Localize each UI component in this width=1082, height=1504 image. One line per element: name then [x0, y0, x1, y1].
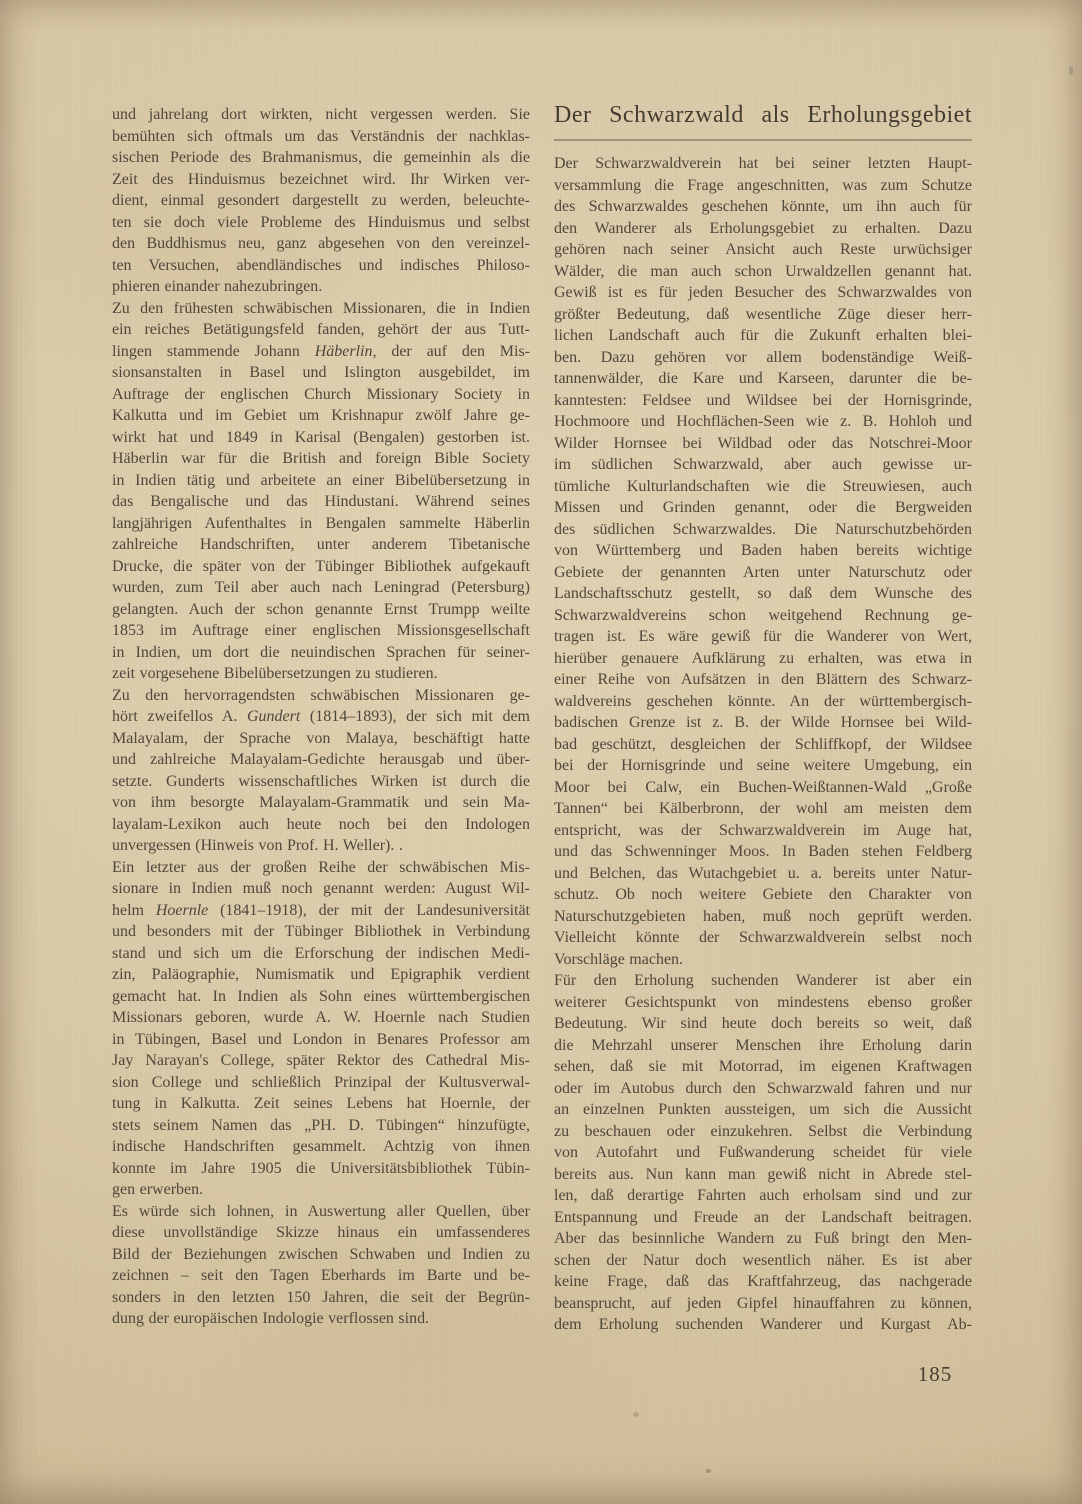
- text-line: den Buddhismus neu, ganz abgesehen von d…: [112, 233, 530, 255]
- text-line: lingen stammende Johann Häberlin, der au…: [112, 341, 530, 363]
- text-line: Gebiete der genannten Arten unter Naturs…: [554, 562, 972, 584]
- text-line: einer Reihe von Aufsätzen in den Blätter…: [554, 669, 972, 691]
- text-line: und zahlreiche Malayalam-Gedichte heraus…: [112, 749, 530, 771]
- text-line: layalam-Lexikon auch heute noch bei den …: [112, 814, 530, 836]
- text-line: kanntesten: Feldsee und Wildsee bei der …: [554, 390, 972, 412]
- text-line: den Wanderer als Erholungsgebiet zu erha…: [554, 218, 972, 240]
- text-line: ben. Dazu gehören vor allem bodenständig…: [554, 347, 972, 369]
- text-line: schutz. Ob noch weitere Gebiete den Char…: [554, 884, 972, 906]
- text-line: des Schwarzwaldes geschehen könnte, um i…: [554, 196, 972, 218]
- text-line: Missionars geboren, wurde A. W. Hoernle …: [112, 1007, 530, 1029]
- text-line: oder im Autobus durch den Schwarzwald fa…: [554, 1078, 972, 1100]
- text-line: bad geschützt, desgleichen der Schliffko…: [554, 734, 972, 756]
- text-line: bereits aus. Nun kann man gewiß nicht in…: [554, 1164, 972, 1186]
- text-line: badischen Grenze ist z. B. der Wilde Hor…: [554, 712, 972, 734]
- text-line: Zu den hervorragendsten schwäbischen Mis…: [112, 685, 530, 707]
- text-line: ten sie doch viele Probleme des Hinduism…: [112, 212, 530, 234]
- text-line: von Autofahrt und Fußwanderung scheidet …: [554, 1142, 972, 1164]
- text-line: Aber das besinnliche Wandern zu Fuß brin…: [554, 1228, 972, 1250]
- text-line: Zeit des Hinduismus bezeichnet wird. Ihr…: [112, 169, 530, 191]
- text-line: Auftrage der englischen Church Missionar…: [112, 384, 530, 406]
- text-line: Wälder, die man auch schon Urwaldzellen …: [554, 261, 972, 283]
- text-line: keine Frage, daß das Kraftfahrzeug, das …: [554, 1271, 972, 1293]
- text-line: Entspannung und Freude an der Landschaft…: [554, 1207, 972, 1229]
- text-line: Ein letzter aus der großen Reihe der sch…: [112, 857, 530, 879]
- text-line: 1853 im Auftrage einer englischen Missio…: [112, 620, 530, 642]
- right-column-body: Der Schwarzwaldverein hat bei seiner let…: [554, 153, 972, 1336]
- text-line: zeichnen – seit den Tagen Eberhards im B…: [112, 1265, 530, 1287]
- text-line: gemacht hat. In Indien als Sohn eines wü…: [112, 986, 530, 1008]
- text-line: dung der europäischen Indologie verfloss…: [112, 1308, 530, 1330]
- text-line: weiterer Gesichtspunkt von mindestens eb…: [554, 992, 972, 1014]
- text-line: konnte im Jahre 1905 die Universitätsbib…: [112, 1158, 530, 1180]
- text-line: Es würde sich lohnen, in Auswertung alle…: [112, 1201, 530, 1223]
- text-line: sischen Periode des Brahmanismus, die ge…: [112, 147, 530, 169]
- text-line: Missen und Grinden genannt, oder die Ber…: [554, 497, 972, 519]
- page-number: 185: [905, 1362, 965, 1387]
- left-text-column: und jahrelang dort wirkten, nicht verges…: [112, 104, 530, 1330]
- text-line: Schwarzwaldvereins schon weitgehend Rech…: [554, 605, 972, 627]
- text-line: stand und sich um die Erforschung der in…: [112, 943, 530, 965]
- right-text-column: Der Schwarzwald als Erholungsgebiet Der …: [554, 99, 972, 1336]
- text-line: Malayalam, der Sprache von Malaya, besch…: [112, 728, 530, 750]
- text-line: sionsanstalten in Basel und Islington au…: [112, 362, 530, 384]
- text-line: sehen, daß sie mit Motorrad, im eigenen …: [554, 1056, 972, 1078]
- text-line: beansprucht, auf jeden Gipfel hinauffahr…: [554, 1293, 972, 1315]
- text-line: Kalkutta und im Gebiet um Krishnapur zwö…: [112, 405, 530, 427]
- text-line: phieren einander nahezubringen.: [112, 276, 530, 298]
- text-line: in Tübingen, Basel und London in Benares…: [112, 1029, 530, 1051]
- text-line: und Belchen, das Wutachgebiet u. a. bere…: [554, 863, 972, 885]
- text-line: die Mehrzahl unserer Menschen ihre Erhol…: [554, 1035, 972, 1057]
- text-line: dem Erholung suchenden Wanderer und Kurg…: [554, 1314, 972, 1336]
- text-line: gen erwerben.: [112, 1179, 530, 1201]
- text-line: sonders in den letzten 150 Jahren, die s…: [112, 1287, 530, 1309]
- section-heading: Der Schwarzwald als Erholungsgebiet: [554, 99, 972, 141]
- text-line: ein reiches Betätigungsfeld fanden, gehö…: [112, 319, 530, 341]
- text-line: Landschaftsschutz gestellt, so daß dem W…: [554, 583, 972, 605]
- text-line: wirkt hat und 1849 in Karisal (Bengalen)…: [112, 427, 530, 449]
- text-line: bemühten sich oftmals um das Verständnis…: [112, 126, 530, 148]
- text-line: Zu den frühesten schwäbischen Missionare…: [112, 298, 530, 320]
- text-line: Bild der Beziehungen zwischen Schwaben u…: [112, 1244, 530, 1266]
- text-line: Jay Narayan's College, später Rektor des…: [112, 1050, 530, 1072]
- text-line: das Bengalische und das Hindustani. Währ…: [112, 491, 530, 513]
- paper-speck: [1069, 66, 1073, 75]
- text-line: Moor bei Calw, ein Buchen-Weißtannen-Wal…: [554, 777, 972, 799]
- text-line: bei der Hornisgrinde und seine weitere U…: [554, 755, 972, 777]
- text-line: und jahrelang dort wirkten, nicht verges…: [112, 104, 530, 126]
- text-line: gehören nach seiner Ansicht auch Reste u…: [554, 239, 972, 261]
- text-line: Für den Erholung suchenden Wanderer ist …: [554, 970, 972, 992]
- text-line: helm Hoernle (1841–1918), der mit der La…: [112, 900, 530, 922]
- text-line: Vielleicht könnte der Schwarzwaldverein …: [554, 927, 972, 949]
- text-line: zu beschauen oder einzukehren. Selbst di…: [554, 1121, 972, 1143]
- text-line: hört zweifellos A. Gundert (1814–1893), …: [112, 706, 530, 728]
- text-line: hierüber genauere Aufklärung zu erhalten…: [554, 648, 972, 670]
- text-line: des südlichen Schwarzwaldes. Die Natursc…: [554, 519, 972, 541]
- text-line: lichen Landschaft auch für die Zukunft e…: [554, 325, 972, 347]
- text-line: von Württemberg und Baden haben bereits …: [554, 540, 972, 562]
- paper-speck: [706, 1469, 711, 1473]
- book-page: und jahrelang dort wirkten, nicht verges…: [0, 0, 1082, 1504]
- text-line: ten Versuchen, abendländisches und indis…: [112, 255, 530, 277]
- text-line: gelangten. Auch der schon genannte Ernst…: [112, 599, 530, 621]
- text-line: von ihm besorgte Malayalam-Grammatik und…: [112, 792, 530, 814]
- text-line: Tannen“ bei Kälberbronn, der wohl am mei…: [554, 798, 972, 820]
- text-line: Vorschläge machen.: [554, 949, 972, 971]
- text-line: zeit vorgesehene Bibelübersetzungen zu s…: [112, 663, 530, 685]
- text-line: Häberlin war für die British and foreign…: [112, 448, 530, 470]
- text-line: im südlichen Schwarzwald, aber auch gewi…: [554, 454, 972, 476]
- text-line: len, daß derartige Fahrten auch erholsam…: [554, 1185, 972, 1207]
- text-line: Wilder Hornsee bei Wildbad oder das Nots…: [554, 433, 972, 455]
- text-line: Hochmoore und Hochflächen-Seen wie z. B.…: [554, 411, 972, 433]
- text-line: zahlreiche Handschriften, unter anderem …: [112, 534, 530, 556]
- text-line: entspricht, was der Schwarzwaldverein im…: [554, 820, 972, 842]
- text-line: wurden, zum Teil aber auch nach Leningra…: [112, 577, 530, 599]
- text-line: sion College und schließlich Prinzipal d…: [112, 1072, 530, 1094]
- text-line: diese unvollständige Skizze hinaus ein u…: [112, 1222, 530, 1244]
- text-line: Drucke, die später von der Tübinger Bibl…: [112, 556, 530, 578]
- text-line: in Indien tätig und arbeitete an einer B…: [112, 470, 530, 492]
- text-line: tung in Kalkutta. Zeit seines Lebens hat…: [112, 1093, 530, 1115]
- text-line: tümliche Kulturlandschaften wie die Stre…: [554, 476, 972, 498]
- text-line: sionare in Indien muß noch genannt werde…: [112, 878, 530, 900]
- text-line: waldvereins geschehen könnte. An der wür…: [554, 691, 972, 713]
- text-line: Der Schwarzwaldverein hat bei seiner let…: [554, 153, 972, 175]
- text-line: und besonders mit der Tübinger Bibliothe…: [112, 921, 530, 943]
- text-line: und das Schwenninger Moos. In Baden steh…: [554, 841, 972, 863]
- text-line: zin, Paläographie, Numismatik und Epigra…: [112, 964, 530, 986]
- text-line: indische Handschriften gesammelt. Achtzi…: [112, 1136, 530, 1158]
- text-line: unvergessen (Hinweis von Prof. H. Weller…: [112, 835, 530, 857]
- text-line: versammlung die Frage angeschnitten, was…: [554, 175, 972, 197]
- text-line: dient, einmal gesondert dargestellt zu w…: [112, 190, 530, 212]
- text-line: langjährigen Aufenthaltes in Bengalen sa…: [112, 513, 530, 535]
- paper-speck: [633, 1412, 639, 1417]
- text-line: an einzelnen Punkten aussteigen, um sich…: [554, 1099, 972, 1121]
- text-line: setzte. Gunderts wissenschaftliches Wirk…: [112, 771, 530, 793]
- text-line: Naturschutzgebieten haben, muß noch gepr…: [554, 906, 972, 928]
- text-line: in Indien, um dort die neuindischen Spra…: [112, 642, 530, 664]
- text-line: größter Bedeutung, daß wesentliche Züge …: [554, 304, 972, 326]
- text-line: Bedeutung. Wir sind heute doch bereits s…: [554, 1013, 972, 1035]
- text-line: tragen ist. Es wäre gewiß für die Wander…: [554, 626, 972, 648]
- text-line: schen der Natur doch wesentlich näher. E…: [554, 1250, 972, 1272]
- text-line: Gewiß ist es für jeden Besucher des Schw…: [554, 282, 972, 304]
- text-line: stets seinem Namen das „PH. D. Tübingen“…: [112, 1115, 530, 1137]
- text-line: tannenwälder, die Kare und Karseen, daru…: [554, 368, 972, 390]
